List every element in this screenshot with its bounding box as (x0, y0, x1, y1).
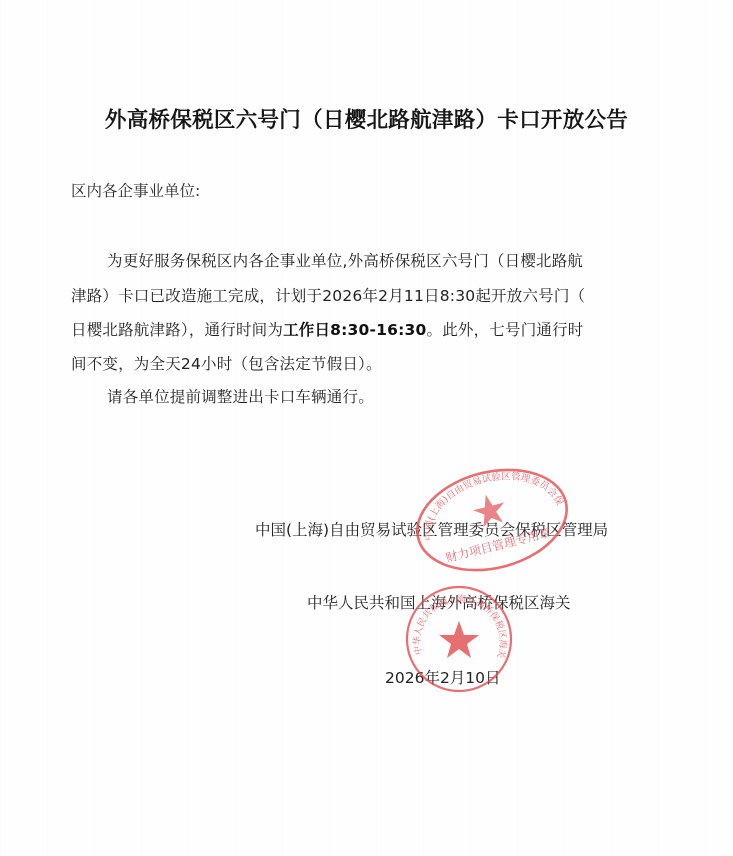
signatory-bonded-zone-bureau: 中国(上海)自由贸易试验区管理委员会保税区管理局 (255, 518, 608, 540)
document-page: 外高桥保税区六号门（日樱北路航津路）卡口开放公告 区内各企事业单位: 为更好服务… (0, 0, 733, 856)
body-line-3-post: 。此外，七号门通行时 (427, 321, 584, 339)
document-title: 外高桥保税区六号门（日樱北路航津路）卡口开放公告 (0, 103, 733, 134)
signatory-customs: 中华人民共和国上海外高桥保税区海关 (307, 591, 571, 613)
body-line-3-pre: 日樱北路航津路），通行时间为 (71, 321, 283, 339)
body-line-3: 日樱北路航津路），通行时间为工作日8:30-16:30。此外，七号门通行时 (71, 318, 584, 340)
body-line-5: 请各单位提前调整进出卡口车辆通行。 (107, 385, 374, 407)
body-line-4: 间不变，为全天24小时（包含法定节假日）。 (71, 352, 382, 374)
working-hours: 工作日8:30-16:30 (283, 321, 426, 339)
salutation: 区内各企事业单位: (71, 179, 200, 201)
issue-date: 2026年2月10日 (385, 666, 501, 688)
body-line-2: 津路）卡口已改造施工完成，计划于2026年2月11日8:30起开放六号门（ (71, 284, 585, 306)
body-line-1: 为更好服务保税区内各企事业单位,外高桥保税区六号门（日樱北路航 (107, 249, 583, 271)
